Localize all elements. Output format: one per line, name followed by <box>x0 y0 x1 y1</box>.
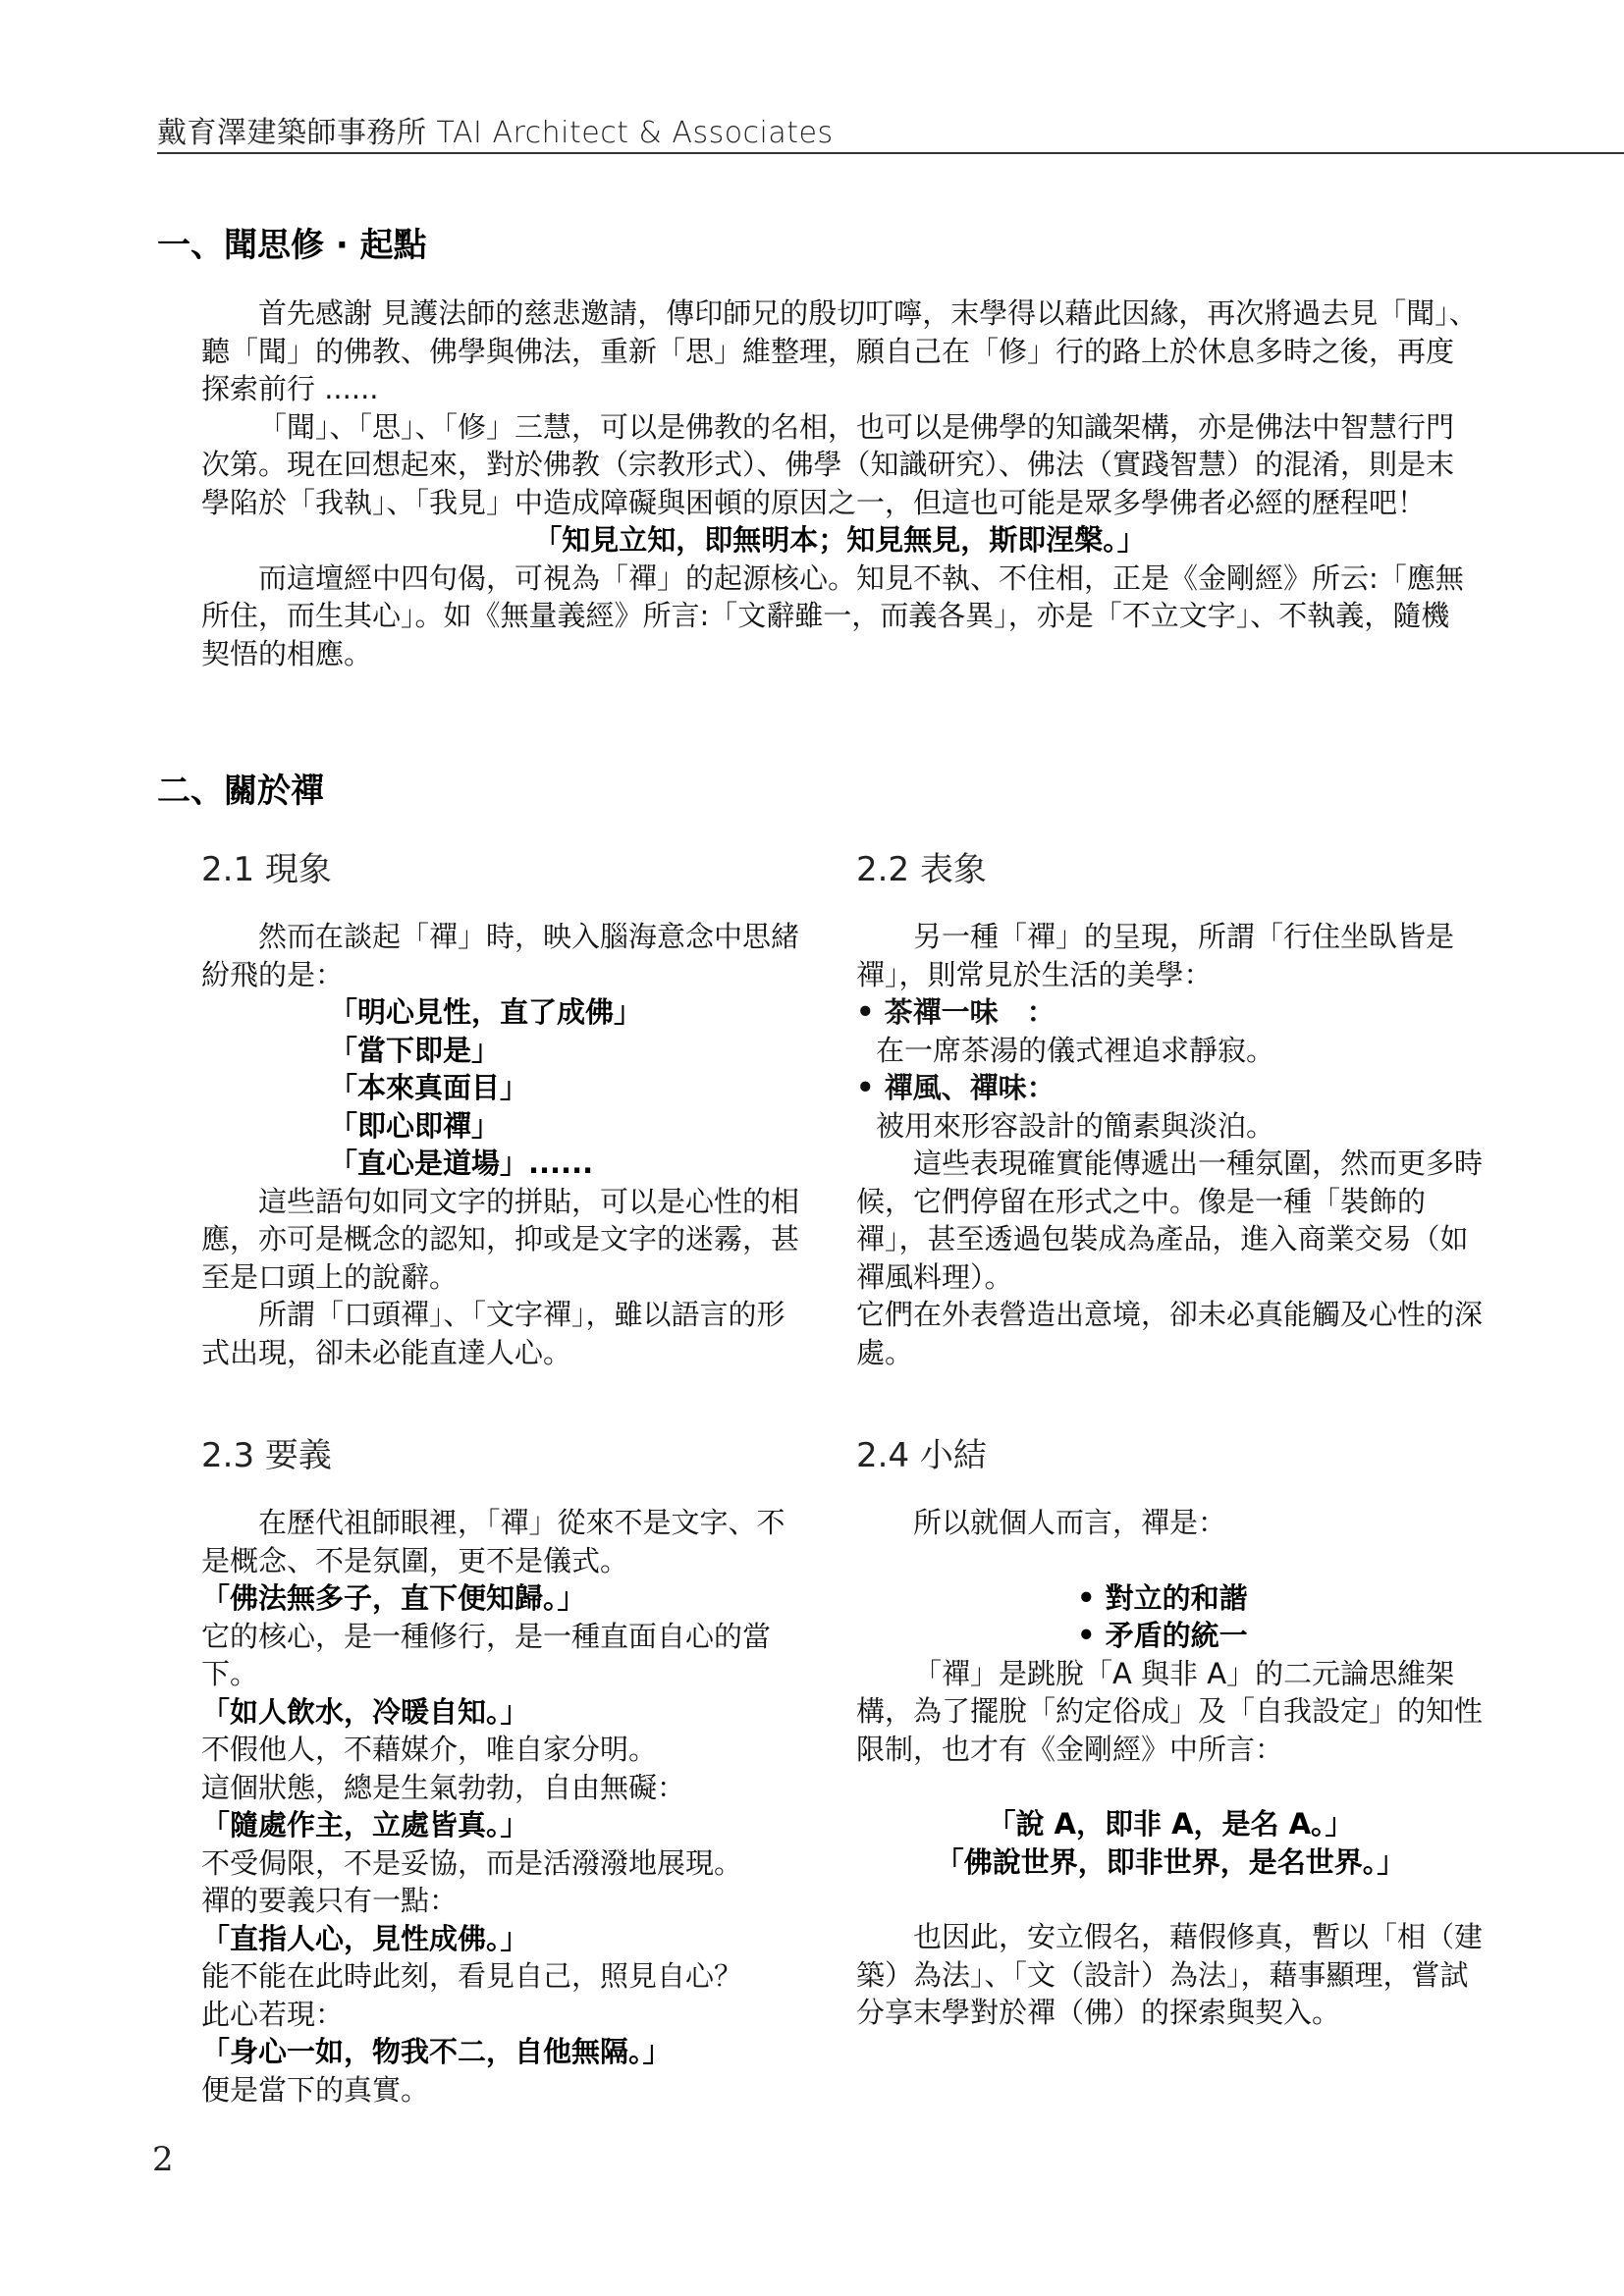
subsection-2-4-paragraph: 「禪」是跳脫「A 與非 A」的二元論思維架構，為了擺脫「約定俗成」及「自我設定」… <box>856 1655 1485 1769</box>
diamond-sutra-quote: 「說 A，即非 A，是名 A。」 <box>856 1805 1485 1843</box>
bullet-item-desc: 被用來形容設計的簡素與淡泊。 <box>856 1107 1485 1146</box>
page-number: 2 <box>152 2140 174 2179</box>
zen-phrase: 「本來真面目」 <box>201 1069 810 1107</box>
document-header: 戴育澤建築師事務所 TAI Architect & Associates <box>157 108 1624 151</box>
subsection-2-1-title: 2.1 現象 <box>201 842 332 890</box>
subsection-2-1-paragraph: 這些語句如同文字的拼貼，可以是心性的相應，亦可是概念的認知，抑或是文字的迷霧，甚… <box>201 1183 810 1297</box>
text-line: 能不能在此時此刻，看見自己，照見自心？ <box>201 1957 810 1996</box>
subsection-2-4-intro: 所以就個人而言，禪是： <box>856 1504 1485 1542</box>
subsection-2-2-body: 另一種「禪」的呈現，所謂「行住坐臥皆是禪」，則常見於生活的美學： • 茶禪一味 … <box>856 918 1485 1371</box>
subsection-2-3-title: 2.3 要義 <box>201 1428 332 1476</box>
diamond-sutra-quote: 「佛說世界，即非世界，是名世界。」 <box>856 1843 1485 1882</box>
section-1-paragraph: 「聞」、「思」、「修」三慧，可以是佛教的名相，也可以是佛學的知識架構，亦是佛法中… <box>201 408 1478 522</box>
subsection-2-1-paragraph: 所謂「口頭禪」、「文字禪」，雖以語言的形式出現，卻未必能直達人心。 <box>201 1296 810 1371</box>
quote-line: 「如人飲水，冷暖自知。」 <box>201 1693 810 1732</box>
subsection-2-4-title: 2.4 小結 <box>856 1428 987 1476</box>
header-divider <box>157 152 1624 154</box>
subsection-2-3-intro: 在歷代祖師眼裡，「禪」從來不是文字、不是概念、不是氛圍，更不是儀式。 <box>201 1504 810 1579</box>
section-1-paragraph: 首先感謝 見護法師的慈悲邀請，傳印師兄的殷切叮嚀，末學得以藉此因緣，再次將過去見… <box>201 294 1478 408</box>
bullet-item-label: • 茶禪一味 ： <box>856 993 1485 1032</box>
text-line: 不受侷限，不是妥協，而是活潑潑地展現。 <box>201 1844 810 1883</box>
subsection-2-3-body: 在歷代祖師眼裡，「禪」從來不是文字、不是概念、不是氛圍，更不是儀式。 「佛法無多… <box>201 1504 810 2109</box>
bullet-item-desc: 在一席茶湯的儀式裡追求靜寂。 <box>856 1032 1485 1070</box>
zen-phrase: 「明心見性，直了成佛」 <box>201 993 810 1032</box>
text-line: 它的核心，是一種修行，是一種直面自心的當下。 <box>201 1618 810 1693</box>
summary-bullet: • 對立的和諧 <box>856 1579 1485 1618</box>
quote-line: 「隨處作主，立處皆真。」 <box>201 1806 810 1844</box>
subsection-2-2-paragraph: 這些表現確實能傳遞出一種氛圍，然而更多時候，它們停留在形式之中。像是一種「裝飾的… <box>856 1145 1485 1296</box>
subsection-2-4-body: 所以就個人而言，禪是： • 對立的和諧 • 矛盾的統一 「禪」是跳脫「A 與非 … <box>856 1504 1485 2032</box>
quote-line: 「佛法無多子，直下便知歸。」 <box>201 1579 810 1618</box>
subsection-2-2-intro: 另一種「禪」的呈現，所謂「行住坐臥皆是禪」，則常見於生活的美學： <box>856 918 1485 993</box>
section-1-quote: 「知見立知，即無明本；知見無見，斯即涅槃。」 <box>201 521 1478 560</box>
section-1-closing: 而這壇經中四句偈，可視為「禪」的起源核心。知見不執、不住相，正是《金剛經》所云:… <box>201 560 1478 673</box>
subsection-2-1-intro: 然而在談起「禪」時，映入腦海意念中思緒紛飛的是： <box>201 918 810 993</box>
bullet-item-label: • 禪風、禪味： <box>856 1069 1485 1107</box>
text-line: 此心若現： <box>201 1996 810 2034</box>
subsection-2-4-paragraph: 也因此，安立假名，藉假修真，暫以「相（建築）為法」、「文（設計）為法」，藉事顯理… <box>856 1918 1485 2032</box>
section-1-body: 首先感謝 見護法師的慈悲邀請，傳印師兄的殷切叮嚀，末學得以藉此因緣，再次將過去見… <box>201 294 1478 672</box>
section-2-heading: 二、關於禪 <box>157 764 324 812</box>
subsection-2-2-title: 2.2 表象 <box>856 842 987 890</box>
text-line: 不假他人，不藉媒介，唯自家分明。 <box>201 1731 810 1769</box>
section-1-heading: 一、聞思修 · 起點 <box>157 218 427 266</box>
quote-line: 「直指人心，見性成佛。」 <box>201 1920 810 1958</box>
subsection-2-1-body: 然而在談起「禪」時，映入腦海意念中思緒紛飛的是： 「明心見性，直了成佛」 「當下… <box>201 918 810 1371</box>
zen-phrase: 「即心即禪」 <box>201 1107 810 1146</box>
text-line: 這個狀態，總是生氣勃勃，自由無礙： <box>201 1769 810 1807</box>
text-line: 禪的要義只有一點： <box>201 1882 810 1920</box>
summary-bullet: • 矛盾的統一 <box>856 1617 1485 1655</box>
quote-line: 「身心一如，物我不二，自他無隔。」 <box>201 2033 810 2071</box>
zen-phrase: 「直心是道場」...... <box>201 1145 810 1183</box>
text-line: 便是當下的真實。 <box>201 2071 810 2109</box>
subsection-2-2-paragraph: 它們在外表營造出意境，卻未必真能觸及心性的深處。 <box>856 1296 1485 1371</box>
zen-phrase: 「當下即是」 <box>201 1032 810 1070</box>
